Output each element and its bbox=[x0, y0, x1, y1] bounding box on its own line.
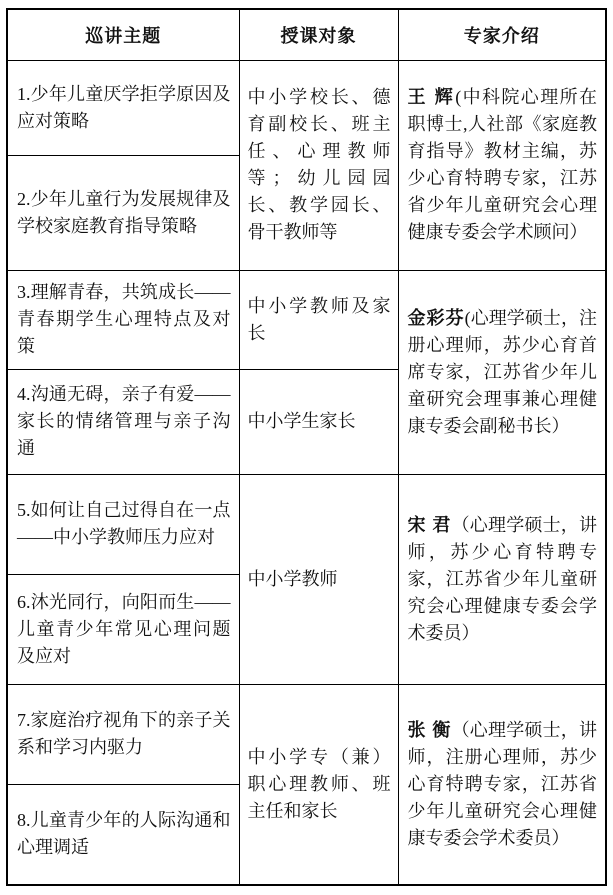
expert-name: 宋 君 bbox=[408, 515, 452, 535]
table-row: 1.少年儿童厌学拒学原因及应对策略 中小学校长、德育副校长、班主任、心理教师等；… bbox=[7, 60, 606, 155]
topic-cell-2: 2.少年儿童行为发展规律及学校家庭教育指导策略 bbox=[7, 155, 239, 270]
expert-cell-song-jun: 宋 君（心理学硕士，讲师，苏少心育特聘专家，江苏省少年儿童研究会心理健康专委会学… bbox=[398, 474, 606, 684]
audience-cell-principals: 中小学校长、德育副校长、班主任、心理教师等；幼儿园园长、教学园长、骨干教师等 bbox=[239, 60, 398, 270]
topic-cell-1: 1.少年儿童厌学拒学原因及应对策略 bbox=[7, 60, 239, 155]
topic-cell-6: 6.沐光同行，向阳而生——儿童青少年常见心理问题及应对 bbox=[7, 574, 239, 684]
table-row: 5.如何让自己过得自在一点——中小学教师压力应对 中小学教师 宋 君（心理学硕士… bbox=[7, 474, 606, 574]
header-cell-audience: 授课对象 bbox=[239, 9, 398, 60]
audience-cell-student-parents: 中小学生家长 bbox=[239, 369, 398, 474]
audience-cell-teachers-parents: 中小学教师及家长 bbox=[239, 270, 398, 369]
audience-cell-psych-teachers: 中小学专（兼）职心理教师、班主任和家长 bbox=[239, 684, 398, 885]
expert-name: 王 辉 bbox=[408, 87, 456, 107]
header-cell-topic: 巡讲主题 bbox=[7, 9, 239, 60]
expert-name: 金彩芬 bbox=[408, 308, 465, 328]
audience-cell-teachers: 中小学教师 bbox=[239, 474, 398, 684]
table-row: 3.理解青春，共筑成长——青春期学生心理特点及对策 中小学教师及家长 金彩芬(心… bbox=[7, 270, 606, 369]
expert-cell-jin-caifen: 金彩芬(心理学硕士，注册心理师，苏少心育首席专家，江苏省少年儿童研究会理事兼心理… bbox=[398, 270, 606, 474]
topic-cell-5: 5.如何让自己过得自在一点——中小学教师压力应对 bbox=[7, 474, 239, 574]
header-cell-expert: 专家介绍 bbox=[398, 9, 606, 60]
table-row: 7.家庭治疗视角下的亲子关系和学习内驱力 中小学专（兼）职心理教师、班主任和家长… bbox=[7, 684, 606, 784]
document-page: 巡讲主题 授课对象 专家介绍 1.少年儿童厌学拒学原因及应对策略 中小学校长、德… bbox=[0, 0, 613, 895]
expert-name: 张 衡 bbox=[408, 720, 452, 740]
expert-cell-zhang-heng: 张 衡（心理学硕士，讲师，注册心理师，苏少心育特聘专家，江苏省少年儿童研究会心理… bbox=[398, 684, 606, 885]
header-row: 巡讲主题 授课对象 专家介绍 bbox=[7, 9, 606, 60]
expert-cell-wang-hui: 王 辉(中科院心理所在职博士,人社部《家庭教育指导》教材主编，苏少心育特聘专家，… bbox=[398, 60, 606, 270]
lecture-schedule-table: 巡讲主题 授课对象 专家介绍 1.少年儿童厌学拒学原因及应对策略 中小学校长、德… bbox=[6, 8, 607, 886]
topic-cell-4: 4.沟通无碍，亲子有爱——家长的情绪管理与亲子沟通 bbox=[7, 369, 239, 474]
topic-cell-8: 8.儿童青少年的人际沟通和心理调适 bbox=[7, 784, 239, 885]
topic-cell-7: 7.家庭治疗视角下的亲子关系和学习内驱力 bbox=[7, 684, 239, 784]
expert-desc: (中科院心理所在职博士,人社部《家庭教育指导》教材主编，苏少心育特聘专家，江苏省… bbox=[408, 87, 598, 242]
topic-cell-3: 3.理解青春，共筑成长——青春期学生心理特点及对策 bbox=[7, 270, 239, 369]
